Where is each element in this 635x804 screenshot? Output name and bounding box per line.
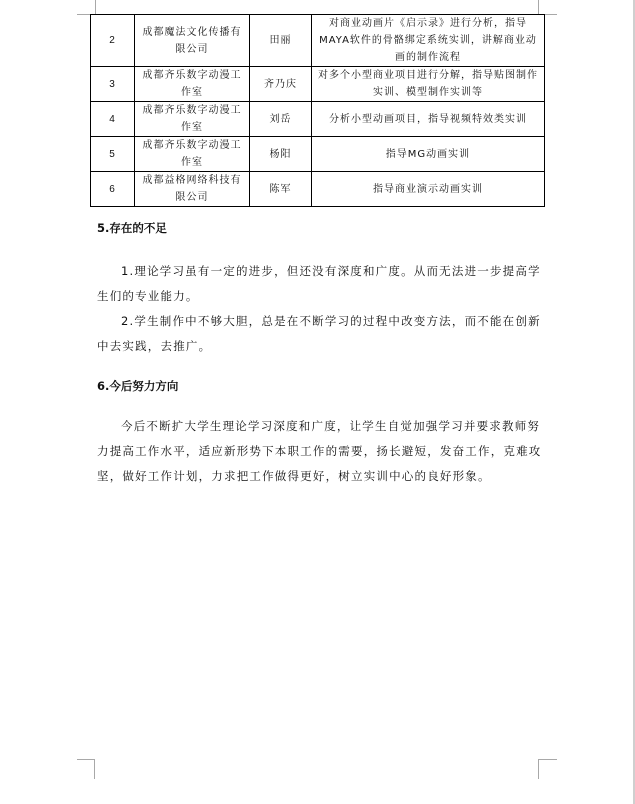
content-cell: 指导MG动画实训 (312, 137, 545, 172)
table-row: 2 成都魔法文化传播有限公司 田丽 对商业动画片《启示录》进行分析，指导MAYA… (91, 15, 545, 67)
content-cell: 指导商业演示动画实训 (312, 172, 545, 207)
row-number: 6 (91, 172, 135, 207)
row-number: 5 (91, 137, 135, 172)
crop-mark-bottom-left (77, 759, 95, 779)
training-table: 2 成都魔法文化传播有限公司 田丽 对商业动画片《启示录》进行分析，指导MAYA… (90, 14, 545, 207)
company-cell: 成都齐乐数字动漫工作室 (135, 102, 250, 137)
crop-mark-top-right (538, 0, 557, 15)
paragraph: 2.学生制作中不够大胆，总是在不断学习的过程中改变方法，而不能在创新中去实践，去… (97, 309, 545, 359)
row-number: 4 (91, 102, 135, 137)
section-heading-shortcomings: 5.存在的不足 (97, 220, 167, 236)
teacher-cell: 杨阳 (250, 137, 312, 172)
teacher-cell: 齐乃庆 (250, 67, 312, 102)
crop-mark-bottom-right (538, 759, 557, 779)
section-heading-future-direction: 6.今后努力方向 (97, 378, 178, 394)
table-row: 3 成都齐乐数字动漫工作室 齐乃庆 对多个小型商业项目进行分解，指导贴图制作实训… (91, 67, 545, 102)
table-row: 6 成都益格网络科技有限公司 陈军 指导商业演示动画实训 (91, 172, 545, 207)
teacher-cell: 田丽 (250, 15, 312, 67)
table-row: 4 成都齐乐数字动漫工作室 刘岳 分析小型动画项目，指导视频特效类实训 (91, 102, 545, 137)
teacher-cell: 陈军 (250, 172, 312, 207)
company-cell: 成都齐乐数字动漫工作室 (135, 137, 250, 172)
content-cell: 对商业动画片《启示录》进行分析，指导MAYA软件的骨骼绑定系统实训，讲解商业动画… (312, 15, 545, 67)
paragraph: 1.理论学习虽有一定的进步，但还没有深度和广度。从而无法进一步提高学生们的专业能… (97, 259, 545, 309)
row-number: 3 (91, 67, 135, 102)
content-cell: 对多个小型商业项目进行分解，指导贴图制作实训、模型制作实训等 (312, 67, 545, 102)
table-row: 5 成都齐乐数字动漫工作室 杨阳 指导MG动画实训 (91, 137, 545, 172)
row-number: 2 (91, 15, 135, 67)
company-cell: 成都齐乐数字动漫工作室 (135, 67, 250, 102)
company-cell: 成都魔法文化传播有限公司 (135, 15, 250, 67)
paragraph: 今后不断扩大学生理论学习深度和广度，让学生自觉加强学习并要求教师努力提高工作水平… (97, 414, 545, 489)
crop-mark-top-left (77, 0, 96, 15)
teacher-cell: 刘岳 (250, 102, 312, 137)
content-cell: 分析小型动画项目，指导视频特效类实训 (312, 102, 545, 137)
company-cell: 成都益格网络科技有限公司 (135, 172, 250, 207)
